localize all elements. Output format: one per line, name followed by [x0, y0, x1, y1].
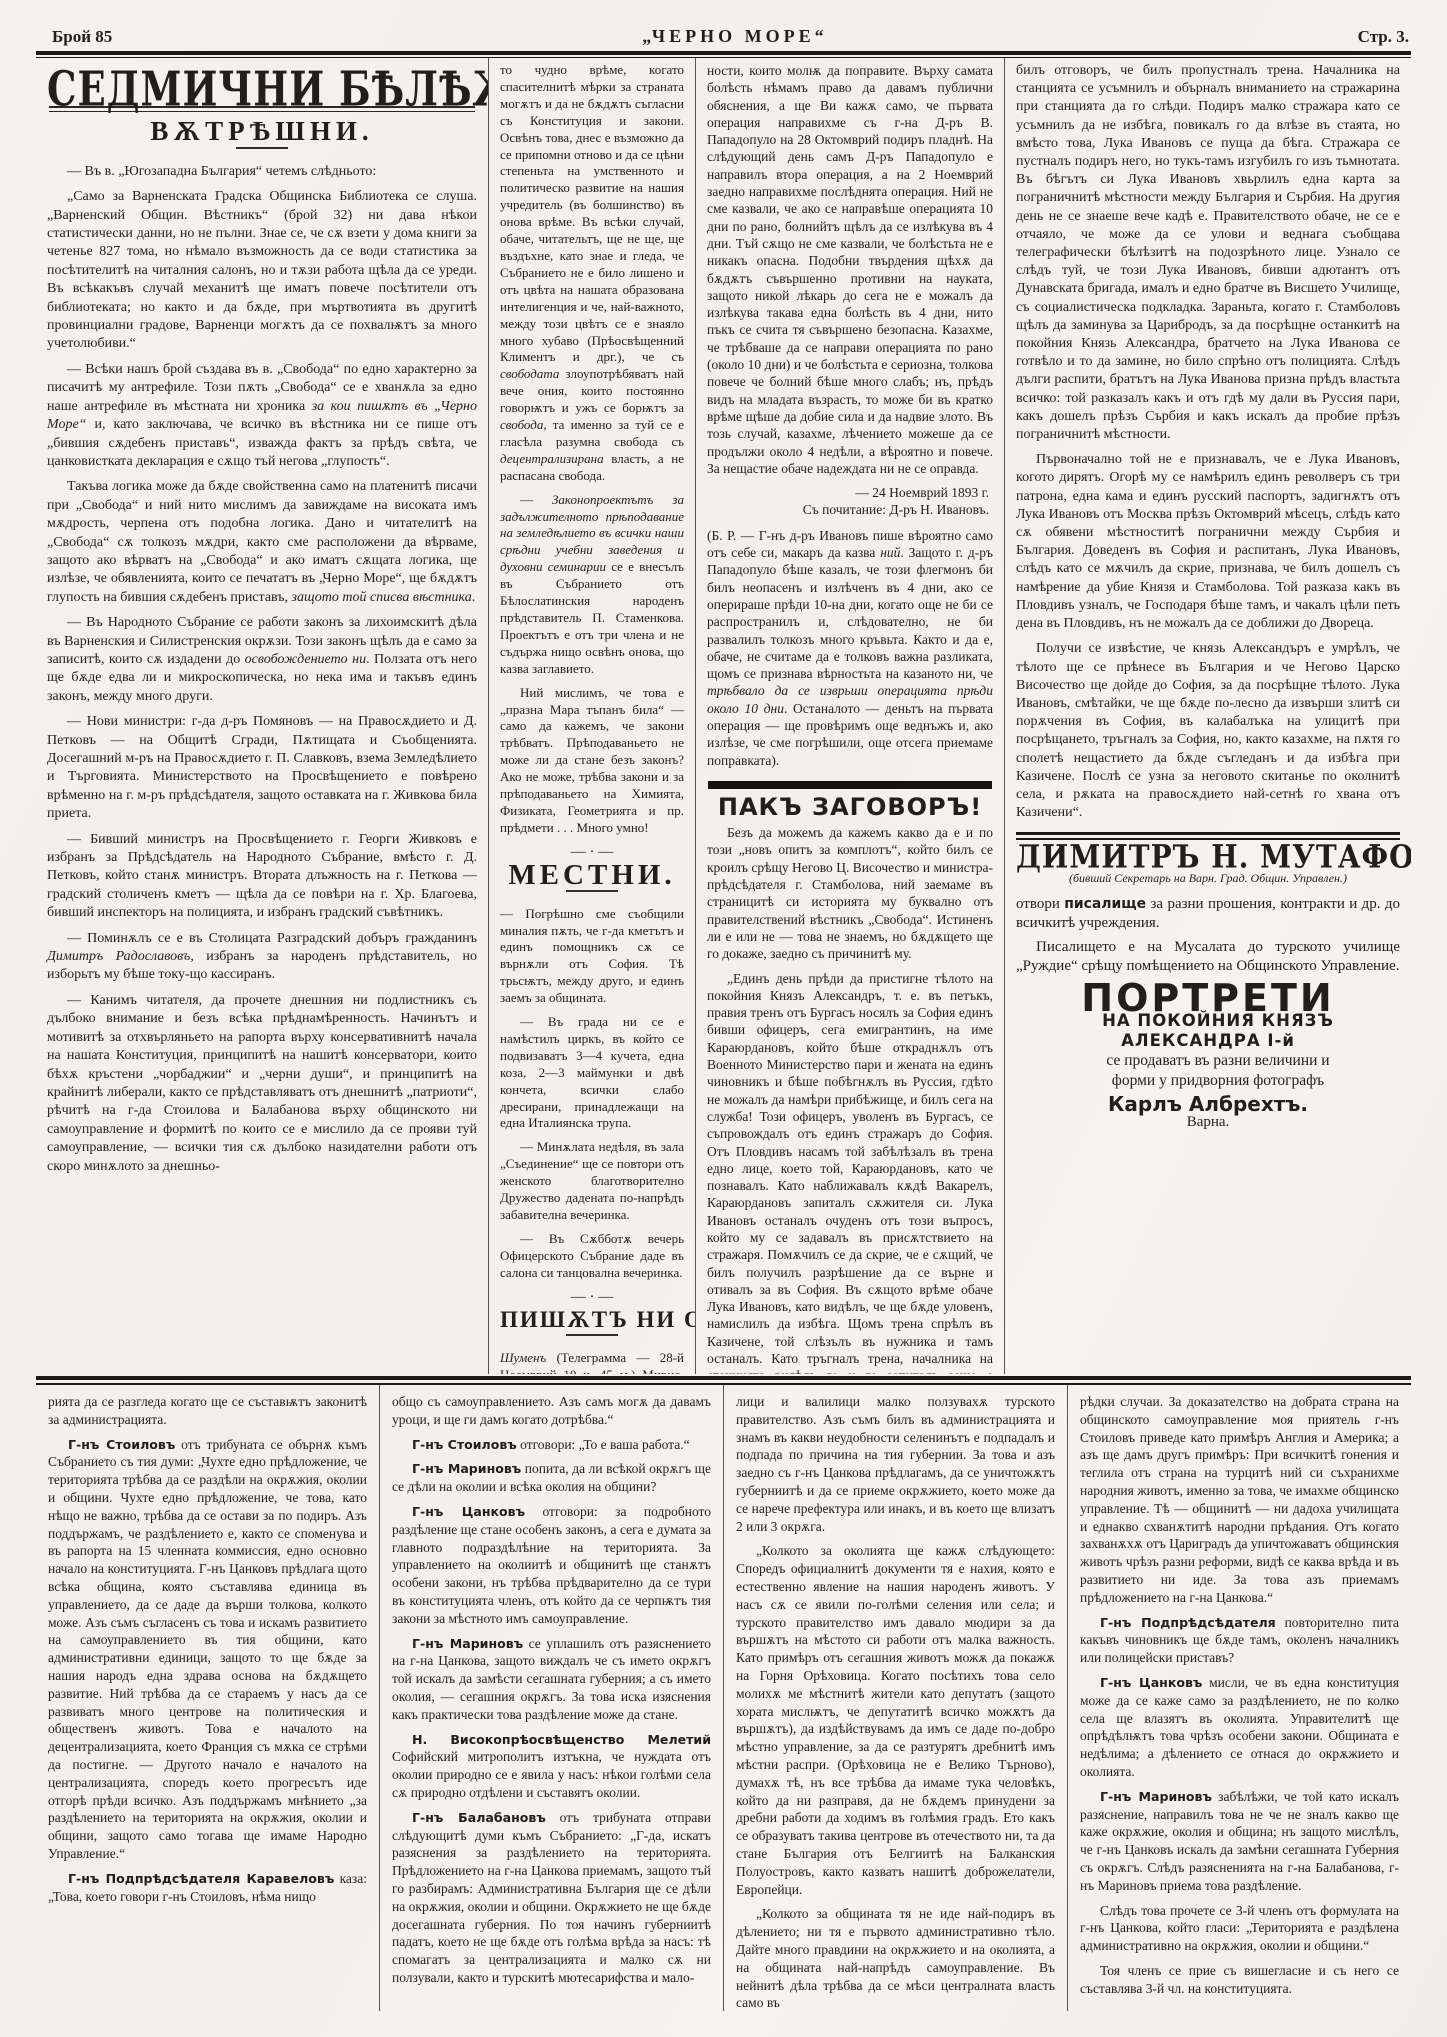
mutafov-ad-body: отвори писалище за разни прошения, контр…: [1016, 895, 1400, 977]
paragraph: „Колкото за околията ще кажѫ слѣдующето:…: [736, 1542, 1055, 1898]
section-ornament: — · —: [500, 1289, 684, 1306]
bottom-column-d: рѣдки случаи. За доказателство на добрат…: [1067, 1385, 1411, 2011]
paragraph: Г-нъ Мариновъ се уплашилъ отъ разяснение…: [392, 1635, 711, 1724]
luka-ivanov-story: билъ отговоръ, че билъ пропустналъ трена…: [1016, 62, 1400, 822]
paragraph: Безъ да можемъ да кажемъ какво да е и по…: [707, 824, 993, 962]
paragraph: форми у придворния фотографъ: [1016, 1071, 1400, 1091]
paragraph: „Колкото за общината тя не иде най-подир…: [736, 1905, 1055, 2011]
letter-signature: Съ почитание: Д-ръ Н. Ивановъ.: [707, 501, 989, 518]
pishat-mini-rule: [566, 1334, 618, 1336]
zagovor-article: Безъ да можемъ да кажемъ какво да е и по…: [707, 824, 993, 1374]
paragraph: Г-нъ Подпрѣдсѣдателя Каравеловъ каза: „Т…: [48, 1870, 367, 1906]
bottom-column-b: общо съ самоуправлението. Азъ самъ могѫ …: [379, 1385, 723, 2011]
mestni-items: — Погрѣшно сме съобщили миналия пѫть, че…: [500, 906, 684, 1282]
paragraph: — Въ Сѫбботѫ вечерь Офицерското Събрание…: [500, 1231, 684, 1282]
header-rule: [36, 51, 1411, 58]
weekly-notes-title: СЕДМИЧНИ БѢЛѢЖКИ: [47, 77, 477, 101]
paragraph: то чудно врѣме, когато спасителнитѣ мѣрк…: [500, 62, 684, 485]
paragraph: Ний мислимъ, че това е „празна Мара тъпа…: [500, 685, 684, 837]
heading-mini-rule: [236, 147, 288, 149]
newspaper-page: Брой 85 „ЧЕРНО МОРЕ“ Стр. 3. СЕДМИЧНИ БѢ…: [0, 0, 1447, 2037]
portreti-city: Варна.: [1016, 1113, 1400, 1131]
top-section: СЕДМИЧНИ БѢЛѢЖКИ ВѪТРѢШНИ. — Въ в. „Югоз…: [36, 58, 1411, 1374]
paragraph: рията да се разгледа когато ще се състав…: [48, 1393, 367, 1429]
mestni-heading: МЕСТНИ.: [500, 867, 684, 884]
paragraph: — Въ Народното Събрание се работи законъ…: [47, 614, 477, 706]
paragraph: Г-нъ Цанковъ отговори: за подробното раз…: [392, 1503, 711, 1628]
vatreshni-heading: ВѪТРѢШНИ.: [47, 122, 477, 140]
paragraph: отвори писалище за разни прошения, контр…: [1016, 895, 1400, 934]
paragraph: Първоначално той не е признавалъ, че е Л…: [1016, 451, 1400, 633]
letter-date: — 24 Ноемврий 1893 г.: [707, 484, 989, 501]
paragraph: „Само за Варненската Градска Общинска Би…: [47, 188, 477, 354]
paragraph: общо съ самоуправлението. Азъ самъ могѫ …: [392, 1393, 711, 1429]
weekly-notes-column: СЕДМИЧНИ БѢЛѢЖКИ ВѪТРѢШНИ. — Въ в. „Югоз…: [36, 58, 488, 1374]
paragraph: Писалището е на Мусалата до турското учи…: [1016, 938, 1400, 977]
paragraph: Г-нъ Мариновъ попита, да ли всѣкой окрѫг…: [392, 1460, 711, 1496]
column-two: то чудно врѣме, когато спасителнитѣ мѣрк…: [488, 58, 695, 1374]
bottom-section: рията да се разгледа когато ще се състав…: [36, 1385, 1411, 2011]
paragraph: — Въ града ни се е намѣстилъ циркъ, въ к…: [500, 1014, 684, 1132]
doctor-letter: ности, които молѭ да поправите. Върху са…: [707, 62, 993, 477]
paragraph: — Канимъ читателя, да прочете днешния ни…: [47, 992, 477, 1176]
portreti-ad: ПОРТРЕТИ НА ПОКОЙНИЯ КНЯЗЪ АЛЕКСАНДРА I-…: [1016, 989, 1400, 1132]
column-four: билъ отговоръ, че билъ пропустналъ трена…: [1004, 58, 1411, 1374]
portreti-ad-lines: НА ПОКОЙНИЯ КНЯЗЪ АЛЕКСАНДРА I-йсе прода…: [1016, 1011, 1400, 1091]
vatreshni-paragraphs: — Въ в. „Югозападна България“ четемъ слѣ…: [47, 163, 477, 1176]
paragraph: (Б. Р. — Г-нъ д-ръ Ивановъ пише вѣроятно…: [707, 527, 993, 769]
column-two-paragraphs: то чудно врѣме, когато спасителнитѣ мѣрк…: [500, 62, 684, 837]
paragraph: — Нови министри: г-да д-ръ Помяновъ — на…: [47, 713, 477, 823]
masthead-title: „ЧЕРНО МОРЕ“: [642, 26, 827, 47]
paragraph: Г-нъ Стоиловъ отговори: „То е ваша работ…: [392, 1436, 711, 1454]
bottom-section-rule: [36, 1376, 1411, 1385]
pishat-items: Шуменъ (Телеграмма — 28-й Ноемврий 10 ч.…: [500, 1350, 684, 1374]
bottom-column-a: рията да се разгледа когато ще се състав…: [36, 1385, 379, 2011]
portreti-ad-title: ПОРТРЕТИ: [1016, 989, 1400, 1007]
portreti-photographer-name: Карлъ Албрехтъ.: [1016, 1095, 1400, 1113]
paragraph: — Бивший министръ на Просвѣщението г. Ге…: [47, 831, 477, 923]
mutafov-ad: ДИМИТРЪ Н. МУТАФОВЪ (бивший Секретарь на…: [1016, 848, 1400, 976]
paragraph: — Погрѣшно сме съобщили миналия пѫть, че…: [500, 906, 684, 1007]
bottom-column-c: лици и валилици малко ползувахѫ турското…: [723, 1385, 1067, 2011]
paragraph: — Законопроектътъ за задължителното прѣп…: [500, 492, 684, 678]
page-number-label: Стр. 3.: [1358, 27, 1409, 47]
zagovor-heading: ПАКЪ ЗАГОВОРЪ!: [707, 799, 993, 816]
editor-note: (Б. Р. — Г-нъ д-ръ Ивановъ пише вѣроятно…: [707, 527, 993, 769]
pishat-heading: ПИШѪТЪ НИ ОТЪ:: [500, 1312, 684, 1329]
section-divider-bar: [708, 781, 992, 789]
paragraph: Г-нъ Цанковъ мисли, че въ една конституц…: [1080, 1674, 1399, 1781]
paragraph: Получи се извѣстие, че князь Александъръ…: [1016, 640, 1400, 822]
paragraph: — Въ в. „Югозападна България“ четемъ слѣ…: [47, 163, 477, 181]
paragraph: се продаватъ въ разни величини и: [1016, 1051, 1400, 1071]
paragraph: „Единъ день прѣди да пристигне тѣлото на…: [707, 970, 993, 1374]
page-header: Брой 85 „ЧЕРНО МОРЕ“ Стр. 3.: [0, 0, 1447, 51]
paragraph: — Всѣки нашъ брой създава въ в. „Свобода…: [47, 361, 477, 471]
paragraph: Тоя членъ се прие съ вишегласие и съ нег…: [1080, 1962, 1399, 1998]
paragraph: рѣдки случаи. За доказателство на добрат…: [1080, 1393, 1399, 1607]
paragraph: лици и валилици малко ползувахѫ турското…: [736, 1393, 1055, 1535]
paragraph: Г-нъ Стоиловъ отъ трибуната се обърнѫ къ…: [48, 1436, 367, 1863]
paragraph: билъ отговоръ, че билъ пропустналъ трена…: [1016, 62, 1400, 444]
paragraph: НА ПОКОЙНИЯ КНЯЗЪ АЛЕКСАНДРА I-й: [1016, 1011, 1400, 1051]
paragraph: ности, които молѭ да поправите. Върху са…: [707, 62, 993, 477]
paragraph: Такъва логика може да бѫде свойственна с…: [47, 478, 477, 607]
paragraph: Г-нъ Балабановъ отъ трибуната отправи сл…: [392, 1809, 711, 1987]
paragraph: Шуменъ (Телеграмма — 28-й Ноемврий 10 ч.…: [500, 1350, 684, 1374]
column-three: ности, които молѭ да поправите. Върху са…: [695, 58, 1004, 1374]
paragraph: Н. Високопрѣосвѣщенство Мелетий Софийски…: [392, 1731, 711, 1802]
paragraph: — Минѫлата недѣля, въ зала „Съединение“ …: [500, 1139, 684, 1224]
issue-label: Брой 85: [52, 27, 112, 47]
mutafov-ad-title: ДИМИТРЪ Н. МУТАФОВЪ: [1016, 847, 1400, 868]
paragraph: — Поминѫлъ се е въ Столицата Разградский…: [47, 930, 477, 985]
paragraph: Г-нъ Мариновъ забѣлѣжи, че той като иска…: [1080, 1788, 1399, 1895]
paragraph: Г-нъ Подпрѣдсѣдателя повторително пита к…: [1080, 1614, 1399, 1667]
paragraph: Слѣдъ това прочете се 3-й членъ отъ форм…: [1080, 1902, 1399, 1955]
